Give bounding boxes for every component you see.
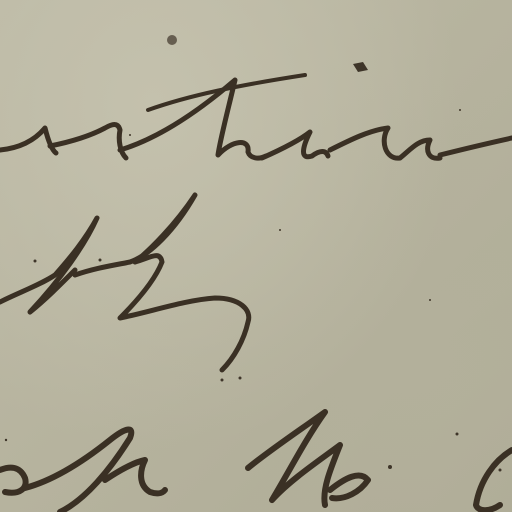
line-1-script [0,75,512,158]
line-2-script [0,195,249,370]
aged-paper: Close-up of faded cursive handwriting in… [0,0,512,512]
handwriting [0,0,512,512]
line-3-script [0,412,512,512]
